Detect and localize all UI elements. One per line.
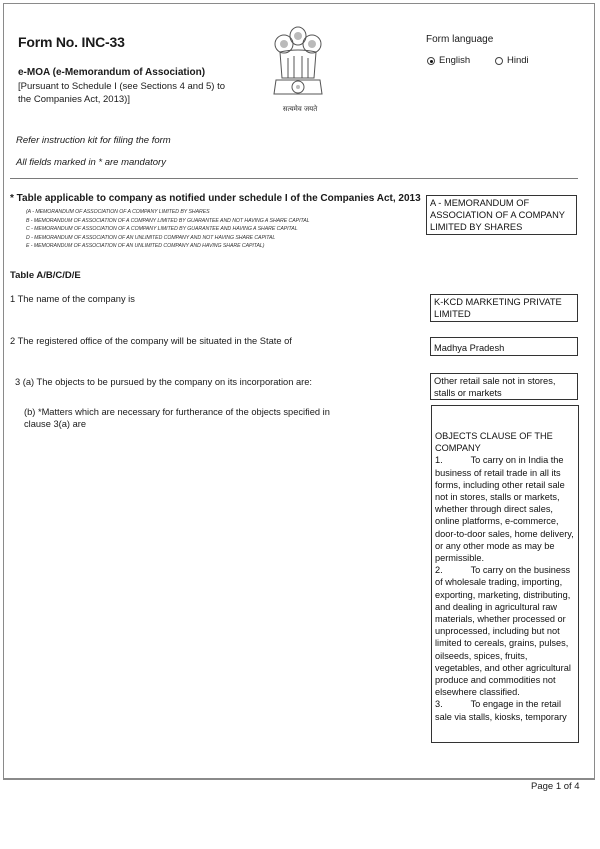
- header-divider: [10, 178, 578, 179]
- language-radio-english[interactable]: English: [427, 55, 470, 66]
- form-number: Form No. INC-33: [18, 34, 125, 50]
- mandatory-fields-note: All fields marked in * are mandatory: [16, 157, 166, 168]
- objects-field[interactable]: Other retail sale not in stores, stalls …: [430, 373, 578, 400]
- emblem-motto: सत्यमेव जयते: [270, 105, 330, 114]
- table-option: E - MEMORANDUM OF ASSOCIATION OF AN UNLI…: [26, 242, 309, 251]
- company-name-field[interactable]: K-KCD MARKETING PRIVATE LIMITED: [430, 294, 578, 322]
- table-option: C - MEMORANDUM OF ASSOCIATION OF A COMPA…: [26, 225, 309, 234]
- instruction-kit-note: Refer instruction kit for filing the for…: [16, 135, 171, 146]
- form-language-label: Form language: [426, 34, 493, 45]
- language-option-label: English: [439, 55, 470, 66]
- table-option: D - MEMORANDUM OF ASSOCIATION OF AN UNLI…: [26, 234, 309, 243]
- table-option: B - MEMORANDUM OF ASSOCIATION OF A COMPA…: [26, 217, 309, 226]
- company-name-label: 1 The name of the company is: [10, 294, 135, 304]
- form-title: e-MOA (e-Memorandum of Association): [18, 67, 205, 78]
- table-applicable-label: * Table applicable to company as notifie…: [10, 193, 421, 204]
- matters-label: (b) *Matters which are necessary for fur…: [24, 407, 344, 430]
- page-indicator: Page 1 of 4: [531, 781, 580, 792]
- state-field[interactable]: Madhya Pradesh: [430, 337, 578, 356]
- table-applicable-field[interactable]: A - MEMORANDUM OF ASSOCIATION OF A COMPA…: [426, 195, 577, 235]
- objects-label: 3 (a) The objects to be pursued by the c…: [15, 377, 312, 387]
- pursuant-text: [Pursuant to Schedule I (see Sections 4 …: [18, 80, 238, 106]
- radio-unselected-icon[interactable]: [495, 57, 503, 65]
- matters-text: OBJECTS CLAUSE OF THE COMPANY 1. To carr…: [435, 430, 575, 723]
- language-option-label: Hindi: [507, 55, 529, 66]
- national-emblem-icon: [266, 22, 330, 118]
- language-radio-hindi[interactable]: Hindi: [495, 55, 529, 66]
- radio-selected-icon[interactable]: [427, 57, 435, 65]
- section-title: Table A/B/C/D/E: [10, 270, 81, 281]
- table-option: (A - MEMORANDUM OF ASSOCIATION OF A COMP…: [26, 208, 309, 217]
- table-options-list: (A - MEMORANDUM OF ASSOCIATION OF A COMP…: [26, 208, 309, 251]
- state-label: 2 The registered office of the company w…: [10, 336, 292, 346]
- matters-field[interactable]: OBJECTS CLAUSE OF THE COMPANY 1. To carr…: [431, 405, 579, 743]
